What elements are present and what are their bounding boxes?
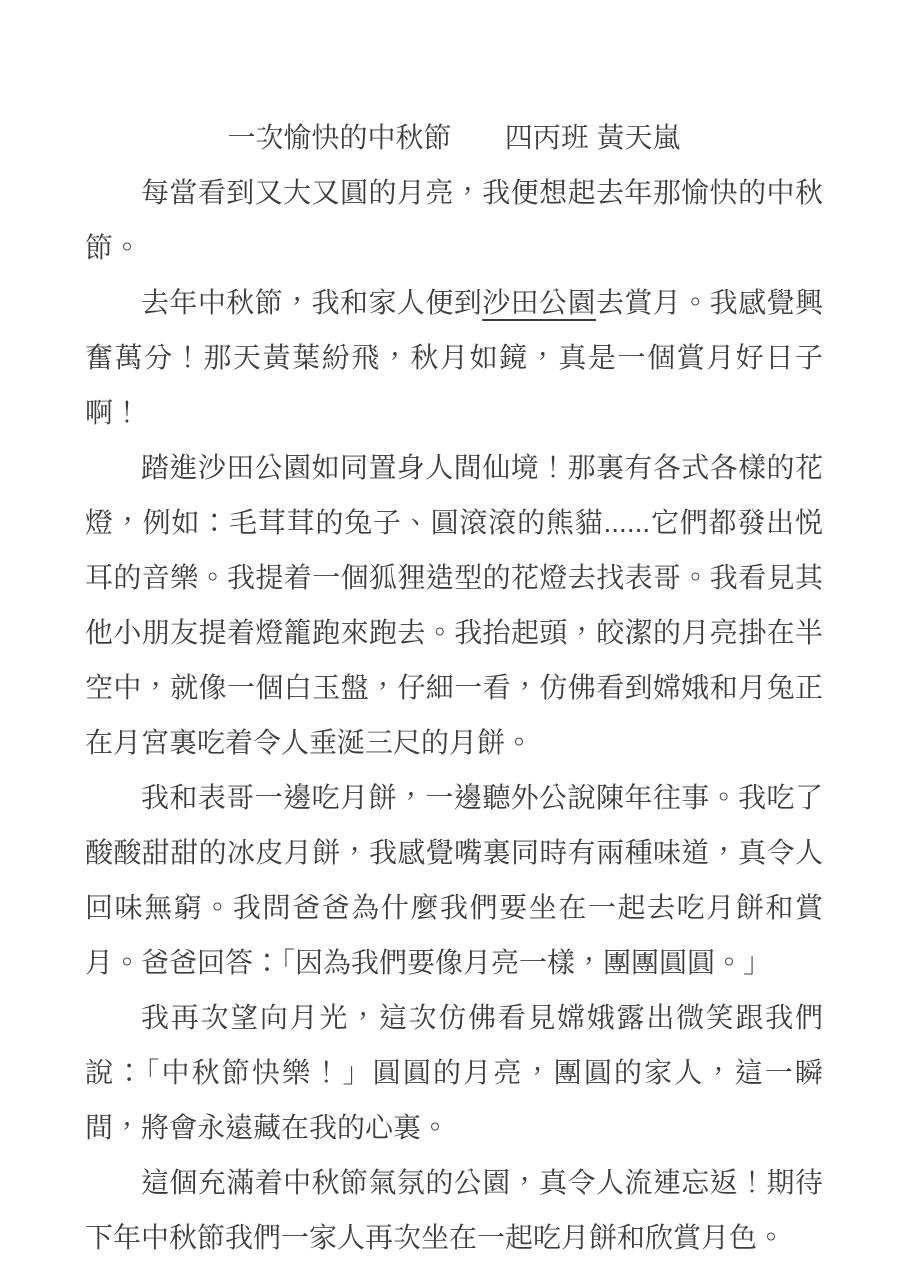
paragraph-4: 我和表哥一邊吃月餅，一邊聽外公說陳年往事。我吃了酸酸甜甜的冰皮月餅，我感覺嘴裏同… (85, 770, 823, 990)
essay-title: 一次愉快的中秋節 (228, 122, 452, 153)
document-page: 一次愉快的中秋節四丙班 黃天嵐 每當看到又大又圓的月亮，我便想起去年那愉快的中秋… (0, 0, 905, 1280)
paragraph-6: 這個充滿着中秋節氣氛的公園，真令人流連忘返！期待下年中秋節我們一家人再次坐在一起… (85, 1155, 823, 1265)
paragraph-3: 踏進沙田公園如同置身人間仙境！那裏有各式各樣的花燈，例如：毛茸茸的兔子、圓滾滾的… (85, 440, 823, 770)
paragraph-1: 每當看到又大又圓的月亮，我便想起去年那愉快的中秋節。 (85, 165, 823, 275)
paragraph-2-text-before: 去年中秋節，我和家人便到 (141, 287, 482, 318)
paragraph-5: 我再次望向月光，這次仿佛看見嫦娥露出微笑跟我們說：「中秋節快樂！」圓圓的月亮，團… (85, 990, 823, 1155)
essay-content: 一次愉快的中秋節四丙班 黃天嵐 每當看到又大又圓的月亮，我便想起去年那愉快的中秋… (85, 110, 823, 1265)
essay-author: 四丙班 黃天嵐 (505, 110, 681, 165)
paragraph-2: 去年中秋節，我和家人便到沙田公園去賞月。我感覺興奮萬分！那天黃葉紛飛，秋月如鏡，… (85, 275, 823, 440)
underlined-place-name: 沙田公園 (482, 287, 596, 318)
essay-title-line: 一次愉快的中秋節四丙班 黃天嵐 (85, 110, 823, 165)
